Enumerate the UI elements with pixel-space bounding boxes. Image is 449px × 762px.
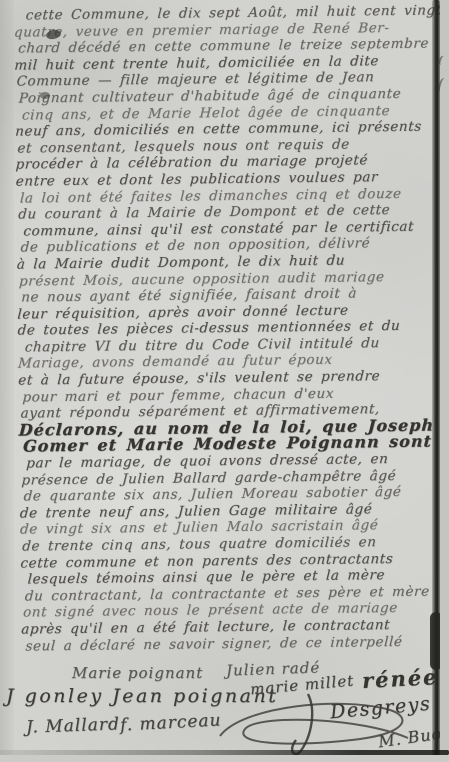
signature-marie-poignant: Marie poignant: [72, 664, 203, 682]
signature-mallard: J. Mallard: [26, 714, 121, 737]
next-page-sliver: [0, 755, 449, 762]
manuscript-page: cette Commune, le dix sept Août, mil hui…: [0, 0, 449, 762]
gutter-mark: [438, 55, 449, 67]
page-gutter: [440, 0, 449, 762]
signature-renee: rénée: [361, 664, 439, 693]
signature-marceau: f. marceau: [120, 710, 222, 735]
signature-jean-poignant: J gonley Jean poignant: [6, 685, 278, 707]
page-left-margin: [0, 0, 14, 762]
manuscript-text: cette Commune, le dix sept Août, mil hui…: [13, 2, 441, 654]
signature-desgreys: Desgreys: [329, 693, 432, 724]
ink-blot: [40, 92, 50, 99]
